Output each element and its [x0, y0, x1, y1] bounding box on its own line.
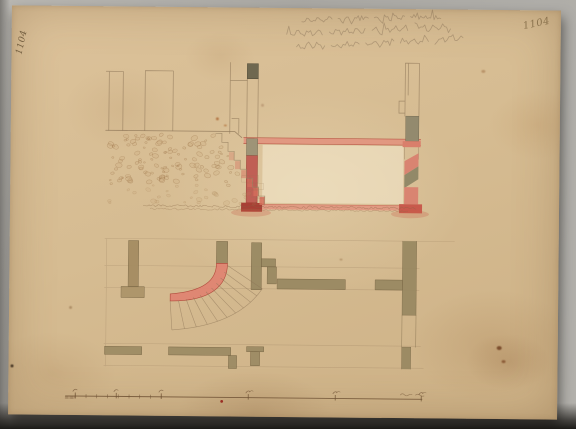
- stain-spot: [340, 259, 343, 261]
- plan-drawing: [105, 238, 417, 370]
- inscription-handwriting: [287, 9, 464, 51]
- stain-spot: [216, 117, 219, 120]
- scale-bar: [65, 389, 426, 405]
- stain-spot: [481, 70, 485, 73]
- stain-spot: [502, 360, 506, 363]
- paper-sheet: 1104 1104: [8, 5, 561, 419]
- stain-spot: [261, 104, 264, 107]
- drawing-layer: [8, 5, 561, 419]
- red-ink-dot: [220, 400, 223, 403]
- stain-spot: [11, 364, 14, 367]
- stain-spot: [224, 124, 227, 126]
- scale-end-label-squiggle: [400, 394, 424, 397]
- stain-spot: [497, 346, 502, 350]
- stain-spot: [69, 306, 72, 309]
